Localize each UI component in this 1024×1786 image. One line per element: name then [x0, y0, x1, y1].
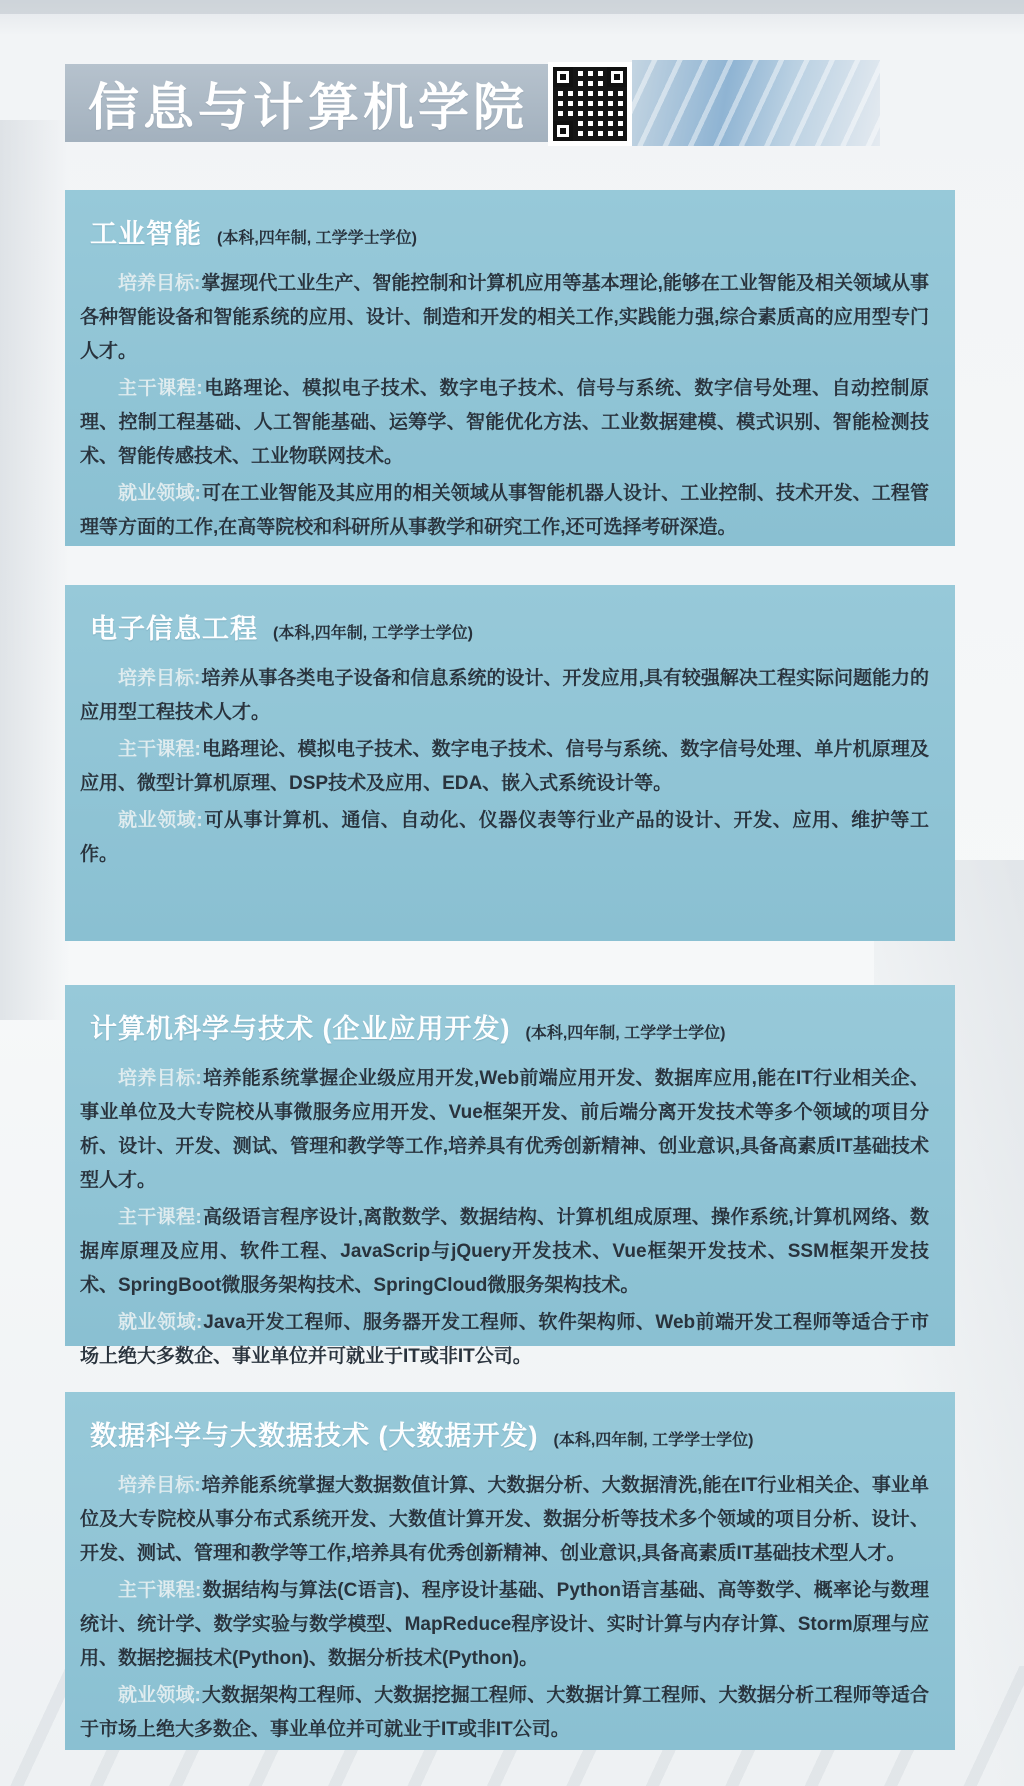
section-text: 培养能系统掌握大数据数值计算、大数据分析、大数据清洗,能在IT行业相关企、事业单…: [80, 1475, 929, 1564]
program-title: 计算机科学与技术 (企业应用开发): [90, 1007, 510, 1046]
program-panel-data-science-bigdata: 数据科学与大数据技术 (大数据开发) (本科,四年制, 工学学士学位) 培养目标…: [65, 1392, 955, 1750]
program-paragraph: 就业领域:Java开发工程师、服务器开发工程师、软件架构师、Web前端开发工程师…: [80, 1306, 929, 1374]
section-label: 培养目标:: [118, 273, 200, 294]
section-label: 培养目标:: [118, 1475, 201, 1496]
program-paragraph: 就业领域:可在工业智能及其应用的相关领域从事智能机器人设计、工业控制、技术开发、…: [80, 477, 929, 545]
header-photo-strip: [632, 60, 880, 146]
section-text: 电路理论、模拟电子技术、数字电子技术、信号与系统、数字信号处理、单片机原理及应用…: [80, 739, 929, 794]
section-label: 主干课程:: [118, 1207, 202, 1228]
degree-note: (本科,四年制, 工学学士学位): [553, 1427, 753, 1450]
section-text: 掌握现代工业生产、智能控制和计算机应用等基本理论,能够在工业智能及相关领域从事各…: [80, 273, 929, 362]
section-text: 培养从事各类电子设备和信息系统的设计、开发应用,具有较强解决工程实际问题能力的应…: [80, 668, 929, 723]
program-title: 数据科学与大数据技术 (大数据开发): [90, 1414, 538, 1453]
section-text: 可在工业智能及其应用的相关领域从事智能机器人设计、工业控制、技术开发、工程管理等…: [80, 483, 929, 538]
program-paragraph: 培养目标:培养能系统掌握企业级应用开发,Web前端应用开发、数据库应用,能在IT…: [80, 1062, 929, 1198]
program-panel-industrial-intelligence: 工业智能 (本科,四年制, 工学学士学位) 培养目标:掌握现代工业生产、智能控制…: [65, 190, 955, 546]
section-text: 高级语言程序设计,离散数学、数据结构、计算机组成原理、操作系统,计算机网络、数据…: [80, 1207, 929, 1296]
degree-note: (本科,四年制, 工学学士学位): [525, 1020, 725, 1043]
section-label: 就业领域:: [118, 810, 203, 831]
program-paragraph: 就业领域:可从事计算机、通信、自动化、仪器仪表等行业产品的设计、开发、应用、维护…: [80, 804, 929, 872]
program-paragraph: 主干课程:数据结构与算法(C语言)、程序设计基础、Python语言基础、高等数学…: [80, 1574, 929, 1676]
qr-finder-icon: [553, 121, 573, 141]
degree-note: (本科,四年制, 工学学士学位): [217, 225, 417, 248]
program-panel-electronic-information: 电子信息工程 (本科,四年制, 工学学士学位) 培养目标:培养从事各类电子设备和…: [65, 585, 955, 941]
program-title-row: 工业智能 (本科,四年制, 工学学士学位): [90, 212, 929, 251]
section-text: 数据结构与算法(C语言)、程序设计基础、Python语言基础、高等数学、概率论与…: [80, 1580, 929, 1669]
page-title: 信息与计算机学院: [88, 66, 528, 140]
program-title: 工业智能: [90, 212, 202, 251]
degree-note: (本科,四年制, 工学学士学位): [273, 620, 473, 643]
section-text: 电路理论、模拟电子技术、数字电子技术、信号与系统、数字信号处理、自动控制原理、控…: [80, 378, 929, 467]
program-title-row: 电子信息工程 (本科,四年制, 工学学士学位): [90, 607, 929, 646]
section-label: 主干课程:: [118, 739, 201, 760]
qr-finder-icon: [553, 67, 573, 87]
program-title-row: 数据科学与大数据技术 (大数据开发) (本科,四年制, 工学学士学位): [90, 1414, 929, 1453]
program-paragraph: 主干课程:电路理论、模拟电子技术、数字电子技术、信号与系统、数字信号处理、单片机…: [80, 733, 929, 801]
section-label: 就业领域:: [118, 483, 201, 504]
section-label: 主干课程:: [118, 1580, 201, 1601]
program-paragraph: 培养目标:培养从事各类电子设备和信息系统的设计、开发应用,具有较强解决工程实际问…: [80, 662, 929, 730]
program-paragraph: 就业领域:大数据架构工程师、大数据挖掘工程师、大数据计算工程师、大数据分析工程师…: [80, 1679, 929, 1747]
background-top-band: [0, 0, 1024, 14]
section-label: 就业领域:: [118, 1312, 202, 1333]
section-text: 可从事计算机、通信、自动化、仪器仪表等行业产品的设计、开发、应用、维护等工作。: [80, 810, 929, 865]
section-text: Java开发工程师、服务器开发工程师、软件架构师、Web前端开发工程师等适合于市…: [80, 1312, 929, 1367]
program-paragraph: 主干课程:电路理论、模拟电子技术、数字电子技术、信号与系统、数字信号处理、自动控…: [80, 372, 929, 474]
qr-modules: [553, 67, 627, 141]
qr-code-icon: [548, 62, 632, 146]
section-label: 培养目标:: [118, 1068, 202, 1089]
section-label: 培养目标:: [118, 668, 200, 689]
program-panel-computer-science-enterprise: 计算机科学与技术 (企业应用开发) (本科,四年制, 工学学士学位) 培养目标:…: [65, 985, 955, 1346]
program-title: 电子信息工程: [90, 607, 258, 646]
program-paragraph: 培养目标:培养能系统掌握大数据数值计算、大数据分析、大数据清洗,能在IT行业相关…: [80, 1469, 929, 1571]
section-text: 大数据架构工程师、大数据挖掘工程师、大数据计算工程师、大数据分析工程师等适合于市…: [80, 1685, 929, 1740]
section-text: 培养能系统掌握企业级应用开发,Web前端应用开发、数据库应用,能在IT行业相关企…: [80, 1068, 929, 1191]
program-paragraph: 培养目标:掌握现代工业生产、智能控制和计算机应用等基本理论,能够在工业智能及相关…: [80, 267, 929, 369]
program-paragraph: 主干课程:高级语言程序设计,离散数学、数据结构、计算机组成原理、操作系统,计算机…: [80, 1201, 929, 1303]
section-label: 主干课程:: [118, 378, 203, 399]
program-title-row: 计算机科学与技术 (企业应用开发) (本科,四年制, 工学学士学位): [90, 1007, 929, 1046]
college-banner: 信息与计算机学院: [65, 64, 557, 142]
background-texture: [0, 120, 70, 1020]
section-label: 就业领域:: [118, 1685, 201, 1706]
qr-finder-icon: [607, 67, 627, 87]
